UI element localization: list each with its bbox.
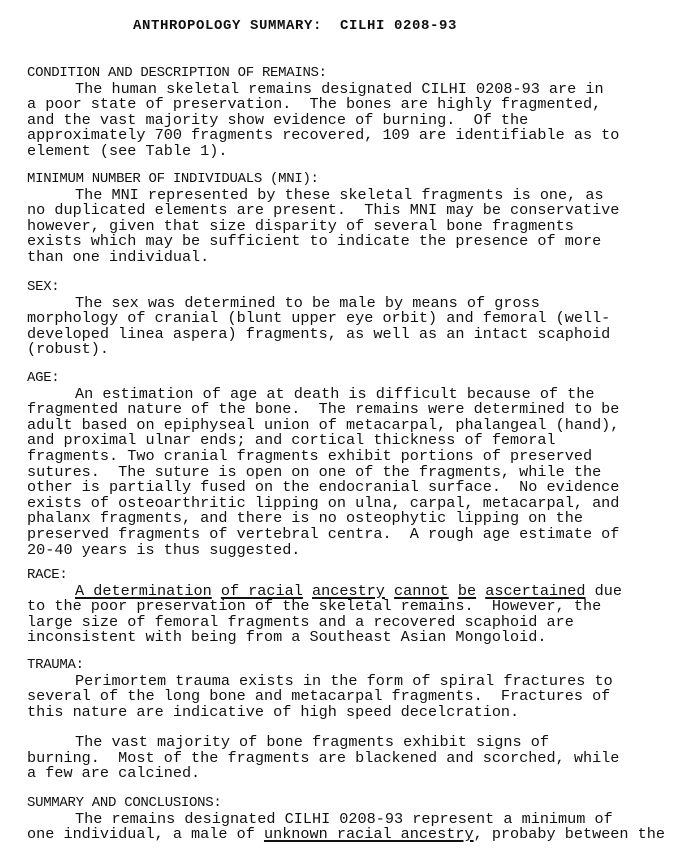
paragraph-line: developed linea aspera) fragments, as we… xyxy=(27,327,697,343)
section-burning: The vast majority of bone fragments exhi… xyxy=(27,735,697,782)
paragraph-line: inconsistent with being from a Southeast… xyxy=(27,630,697,646)
paragraph-line: (robust). xyxy=(27,342,697,358)
section-sex: SEX: The sex was determined to be male b… xyxy=(27,280,697,358)
section-age: AGE: An estimation of age at death is di… xyxy=(27,371,697,558)
plain-text: , probaby between the xyxy=(474,825,665,843)
section-mni: MINIMUM NUMBER OF INDIVIDUALS (MNI): The… xyxy=(27,172,697,266)
section-summary: SUMMARY AND CONCLUSIONS: The remains des… xyxy=(27,796,697,843)
document-title: ANTHROPOLOGY SUMMARY: CILHI 0208-93 xyxy=(133,18,457,34)
underlined-phrase: unknown racial ancestry xyxy=(264,825,474,843)
plain-text: one individual, a male of xyxy=(27,825,264,843)
paragraph-line: this nature are indicative of high speed… xyxy=(27,705,697,721)
paragraph-line: 20-40 years is thus suggested. xyxy=(27,543,697,559)
paragraph-line-underlined: one individual, a male of unknown racial… xyxy=(27,827,697,843)
section-condition: CONDITION AND DESCRIPTION OF REMAINS: Th… xyxy=(27,66,697,160)
section-race: RACE: A determination of racial ancestry… xyxy=(27,568,697,646)
section-trauma: TRAUMA: Perimortem trauma exists in the … xyxy=(27,658,697,720)
paragraph-line: element (see Table 1). xyxy=(27,144,697,160)
paragraph-line: than one individual. xyxy=(27,250,697,266)
paragraph-line: a few are calcined. xyxy=(27,766,697,782)
